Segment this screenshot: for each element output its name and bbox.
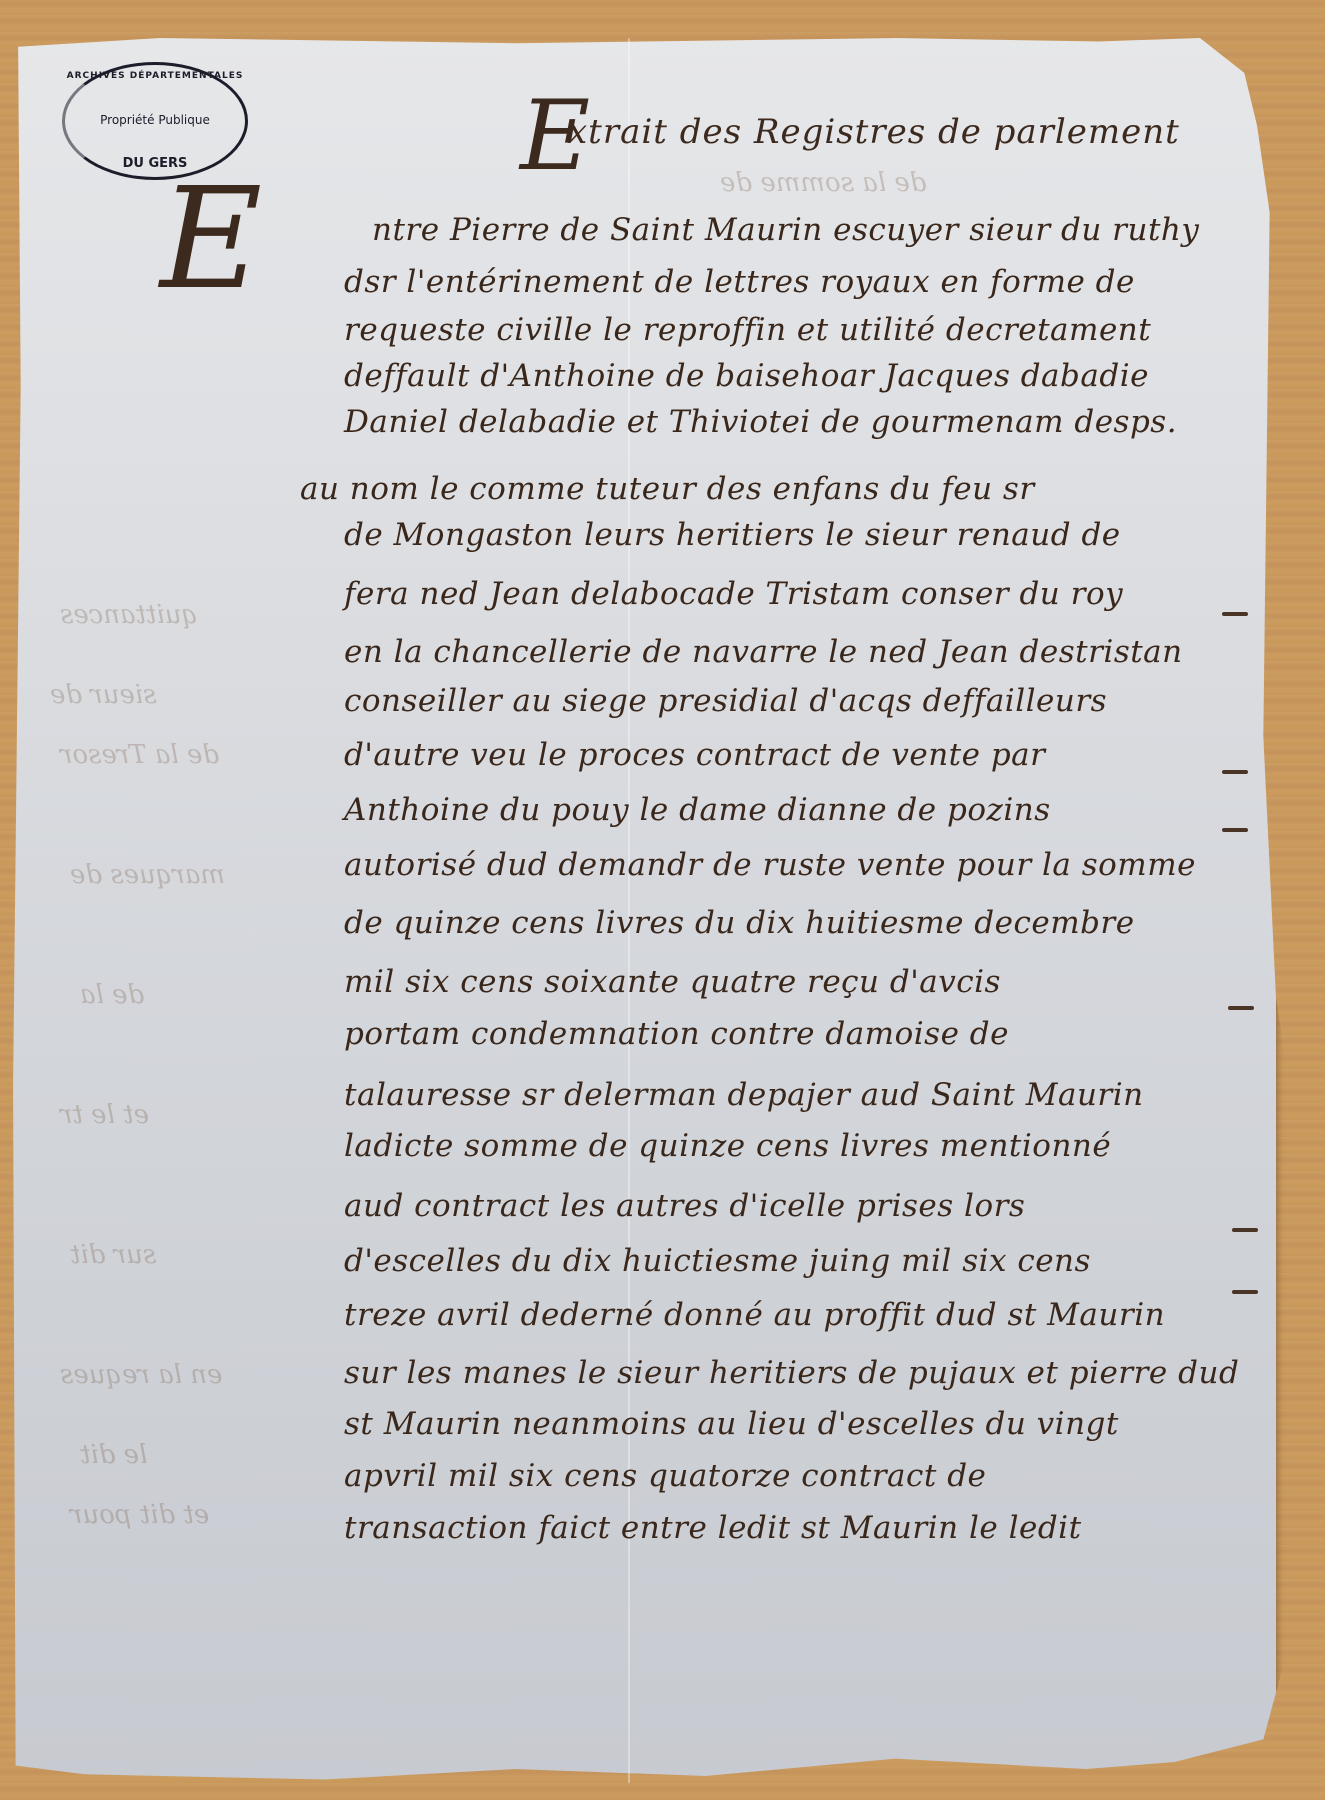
text-line: mil six cens soixante quatre reçu d'avci… <box>344 964 1001 1000</box>
text-line: treze avril dederné donné au proffit dud… <box>344 1297 1165 1333</box>
line-filler-mark <box>1232 1228 1258 1232</box>
text-line: d'autre veu le proces contract de vente … <box>344 737 1045 773</box>
bleed-through-text: le dit <box>80 1440 147 1470</box>
text-line: ntre Pierre de Saint Maurin escuyer sieu… <box>372 212 1199 248</box>
line-filler-mark <box>1222 770 1248 774</box>
text-line: d'escelles du dix huictiesme juing mil s… <box>344 1243 1091 1279</box>
text-line: portam condemnation contre damoise de <box>344 1016 1009 1052</box>
text-line: en la chancellerie de navarre le ned Jea… <box>344 634 1183 670</box>
text-line: apvril mil six cens quatorze contract de <box>344 1458 986 1494</box>
text-line: sur les manes le sieur heritiers de puja… <box>344 1355 1239 1391</box>
text-line: au nom le comme tuteur des enfans du feu… <box>300 471 1035 507</box>
text-line: st Maurin neanmoins au lieu d'escelles d… <box>344 1406 1119 1442</box>
bleed-through-text: sieur de <box>50 680 157 710</box>
bleed-through-text: de la Tresor <box>60 740 219 770</box>
bleed-through-text: de la <box>80 980 144 1010</box>
bleed-through-text: en la reques <box>60 1360 222 1390</box>
line-filler-mark <box>1222 828 1248 832</box>
line-filler-mark <box>1232 1290 1258 1294</box>
line-filler-mark <box>1228 1006 1254 1010</box>
text-line: conseiller au siege presidial d'acqs def… <box>344 683 1107 719</box>
text-line: transaction faict entre ledit st Maurin … <box>344 1510 1082 1546</box>
stamp-center-text: Propriété Publique <box>65 113 245 127</box>
text-line: requeste civille le reproffin et utilité… <box>344 312 1151 348</box>
text-line: de quinze cens livres du dix huitiesme d… <box>344 905 1135 941</box>
bleed-through-text: et le tr <box>60 1100 149 1130</box>
body-initial: E <box>160 170 262 310</box>
text-line: fera ned Jean delabocade Tristam conser … <box>344 576 1123 612</box>
bleed-through-text: marques de <box>70 860 225 890</box>
text-line: ladicte somme de quinze cens livres ment… <box>344 1128 1111 1164</box>
bleed-through-text: et dit pour <box>70 1500 209 1530</box>
bleed-through-text: sur dit <box>70 1240 156 1270</box>
bleed-through-text: quittances <box>60 600 198 630</box>
text-line: deffault d'Anthoine de baisehoar Jacques… <box>344 358 1149 394</box>
document-heading: xtrait des Registres de parlement <box>568 112 1180 152</box>
bleed-through-text: de la somme de <box>720 168 926 198</box>
text-line: aud contract les autres d'icelle prises … <box>344 1188 1025 1224</box>
text-line: de Mongaston leurs heritiers le sieur re… <box>344 517 1121 553</box>
text-line: Anthoine du pouy le dame dianne de pozin… <box>344 792 1051 828</box>
text-line: Daniel delabadie et Thiviotei de gourmen… <box>344 404 1177 440</box>
text-line: dsr l'entérinement de lettres royaux en … <box>344 264 1135 300</box>
text-line: autorisé dud demandr de ruste vente pour… <box>344 847 1196 883</box>
text-line: talauresse sr delerman depajer aud Saint… <box>344 1077 1144 1113</box>
stamp-ring-text: ARCHIVES DÉPARTEMENTALES <box>65 71 245 81</box>
line-filler-mark <box>1222 612 1248 616</box>
